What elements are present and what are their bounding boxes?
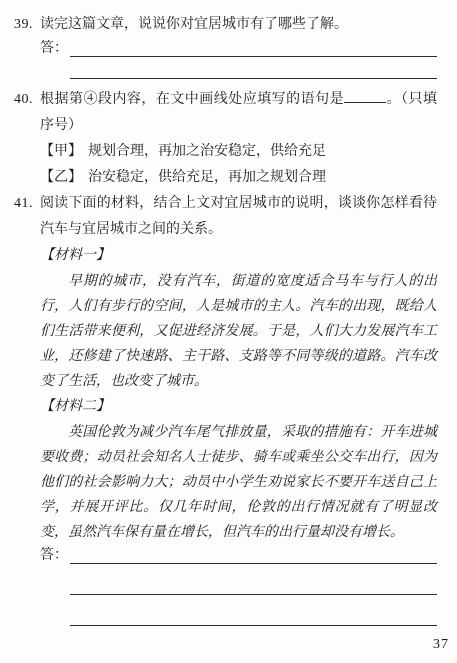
option-label: 【乙】 xyxy=(40,170,82,185)
option-text: 治安稳定，供给充足，再加之规划合理 xyxy=(88,170,326,185)
answer-row: 答： xyxy=(40,547,437,564)
question-number: 40. xyxy=(14,87,33,113)
material-1-paragraph: 早期的城市，没有汽车，街道的宽度适合马车与行人的出 行，人们有步行的空间，人是城… xyxy=(40,269,437,394)
question-text: 根据第④段内容，在文中画线处应填写的语句是。（只填 xyxy=(40,87,437,113)
material-paragraph-line: 变，虽然汽车保有量在增长，但汽车的出行量却没有增长。 xyxy=(40,520,437,545)
answer-row: 答： xyxy=(40,40,437,57)
material-2-paragraph: 英国伦敦为减少汽车尾气排放量，采取的措施有：开车进城 要收费；动员社会知名人士徒… xyxy=(40,420,437,545)
answer-label: 答： xyxy=(40,547,68,564)
option-text: 规划合理，再加之治安稳定，供给充足 xyxy=(88,144,326,159)
material-2-heading: 【材料二】 xyxy=(40,394,437,420)
fill-in-blank[interactable] xyxy=(344,91,386,103)
material-paragraph-line: 行，人们有步行的空间，人是城市的主人。汽车的出现，既给人 xyxy=(40,294,437,319)
material-paragraph-line: 学，并展开评比。仅几年时间，伦敦的出行情况就有了明显改 xyxy=(40,495,437,520)
exam-page: 39. 读完这篇文章，说说你对宜居城市有了哪些了解。 答： 40. 根据第④段内… xyxy=(0,0,457,663)
answer-underline[interactable] xyxy=(70,548,437,564)
answer-underline[interactable] xyxy=(70,41,437,57)
question-number: 41. xyxy=(14,191,33,217)
material-paragraph-line: 业，还修建了快速路、主干路、支路等不同等级的道路。汽车改 xyxy=(40,344,437,369)
answer-blank-line[interactable] xyxy=(70,574,437,595)
question-text-wrap: 序号） xyxy=(40,113,437,139)
option-yi: 【乙】治安稳定，供给充足，再加之规划合理 xyxy=(40,165,437,191)
material-paragraph-line: 们生活带来便利，又促进经济发展。于是，人们大力发展汽车工 xyxy=(40,319,437,344)
question-text: 读完这篇文章，说说你对宜居城市有了哪些了解。 xyxy=(40,12,437,38)
option-jia: 【甲】规划合理，再加之治安稳定，供给充足 xyxy=(40,139,437,165)
text-before-blank: 根据第④段内容，在文中画线处应填写的语句是 xyxy=(40,92,344,107)
answer-blank-line[interactable] xyxy=(70,57,437,79)
material-paragraph-line: 英国伦敦为减少汽车尾气排放量，采取的措施有：开车进城 xyxy=(40,420,437,445)
page-number: 37 xyxy=(433,637,449,653)
answer-label: 答： xyxy=(40,40,68,57)
text-after-blank: 。（只填 xyxy=(386,92,437,107)
question-39: 39. 读完这篇文章，说说你对宜居城市有了哪些了解。 答： xyxy=(14,12,437,79)
question-41: 41. 阅读下面的材料，结合上文对宜居城市的说明，谈谈你怎样看待 汽车与宜居城市… xyxy=(14,191,437,626)
question-text-wrap: 汽车与宜居城市之间的关系。 xyxy=(40,217,437,243)
answer-blank-line[interactable] xyxy=(70,605,437,626)
option-label: 【甲】 xyxy=(40,144,82,159)
material-paragraph-line: 变了生活，也改变了城市。 xyxy=(40,369,437,394)
question-text: 阅读下面的材料，结合上文对宜居城市的说明，谈谈你怎样看待 xyxy=(40,191,437,217)
question-40: 40. 根据第④段内容，在文中画线处应填写的语句是。（只填 序号） 【甲】规划合… xyxy=(14,87,437,191)
material-1-heading: 【材料一】 xyxy=(40,243,437,269)
material-paragraph-line: 早期的城市，没有汽车，街道的宽度适合马车与行人的出 xyxy=(40,269,437,294)
material-paragraph-line: 要收费；动员社会知名人士徒步、骑车或乘坐公交车出行，因为 xyxy=(40,445,437,470)
material-paragraph-line: 他们的社会影响力大；动员中小学生劝说家长不要开车送自己上 xyxy=(40,470,437,495)
question-number: 39. xyxy=(14,12,33,38)
